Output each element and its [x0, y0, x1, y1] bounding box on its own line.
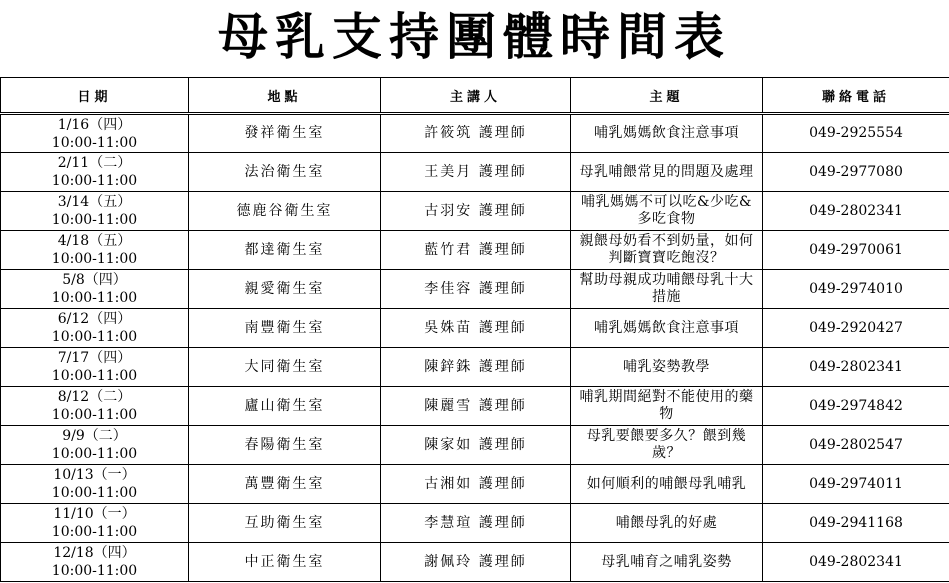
- time-text: 10:00-11:00: [4, 211, 185, 229]
- date-text: 2/11（二）: [4, 154, 185, 172]
- time-text: 10:00-11:00: [4, 367, 185, 385]
- location-cell: 法治衛生室: [189, 153, 381, 192]
- date-text: 8/12（二）: [4, 388, 185, 406]
- time-text: 10:00-11:00: [4, 484, 185, 502]
- table-body: 1/16（四） 10:00-11:00 發祥衛生室 許筱筑 護理師 哺乳媽媽飲食…: [1, 114, 949, 582]
- time-text: 10:00-11:00: [4, 562, 185, 580]
- date-cell: 10/13（一） 10:00-11:00: [1, 465, 189, 504]
- table-row: 9/9（二） 10:00-11:00 春陽衛生室 陳家如 護理師 母乳要餵要多久…: [1, 426, 949, 465]
- time-text: 10:00-11:00: [4, 250, 185, 268]
- topic-cell: 哺乳媽媽飲食注意事項: [571, 309, 763, 348]
- page-title: 母乳支持團體時間表: [0, 0, 949, 77]
- phone-cell: 049-2977080: [763, 153, 949, 192]
- date-cell: 11/10（一） 10:00-11:00: [1, 504, 189, 543]
- table-row: 10/13（一） 10:00-11:00 萬豐衛生室 古湘如 護理師 如何順利的…: [1, 465, 949, 504]
- column-header-speaker: 主講人: [381, 78, 571, 114]
- speaker-cell: 古羽安 護理師: [381, 192, 571, 231]
- date-text: 10/13（一）: [4, 466, 185, 484]
- location-cell: 廬山衛生室: [189, 387, 381, 426]
- topic-cell: 哺乳媽媽飲食注意事項: [571, 114, 763, 153]
- date-text: 5/8（四）: [4, 271, 185, 289]
- location-cell: 中正衛生室: [189, 543, 381, 582]
- table-row: 1/16（四） 10:00-11:00 發祥衛生室 許筱筑 護理師 哺乳媽媽飲食…: [1, 114, 949, 153]
- phone-cell: 049-2974842: [763, 387, 949, 426]
- table-row: 6/12（四） 10:00-11:00 南豐衛生室 吳姝苗 護理師 哺乳媽媽飲食…: [1, 309, 949, 348]
- date-text: 6/12（四）: [4, 310, 185, 328]
- speaker-cell: 陳鋅銖 護理師: [381, 348, 571, 387]
- speaker-cell: 吳姝苗 護理師: [381, 309, 571, 348]
- speaker-cell: 陳麗雪 護理師: [381, 387, 571, 426]
- date-text: 3/14（五）: [4, 193, 185, 211]
- phone-cell: 049-2925554: [763, 114, 949, 153]
- date-text: 12/18（四）: [4, 544, 185, 562]
- topic-cell: 哺餵母乳的好處: [571, 504, 763, 543]
- date-cell: 5/8（四） 10:00-11:00: [1, 270, 189, 309]
- time-text: 10:00-11:00: [4, 328, 185, 346]
- date-cell: 4/18（五） 10:00-11:00: [1, 231, 189, 270]
- column-header-date: 日期: [1, 78, 189, 114]
- table-row: 8/12（二） 10:00-11:00 廬山衛生室 陳麗雪 護理師 哺乳期間絕對…: [1, 387, 949, 426]
- topic-cell: 母乳哺育之哺乳姿勢: [571, 543, 763, 582]
- date-cell: 2/11（二） 10:00-11:00: [1, 153, 189, 192]
- date-cell: 9/9（二） 10:00-11:00: [1, 426, 189, 465]
- speaker-cell: 謝佩玲 護理師: [381, 543, 571, 582]
- date-text: 1/16（四）: [4, 116, 185, 134]
- phone-cell: 049-2974011: [763, 465, 949, 504]
- speaker-cell: 藍竹君 護理師: [381, 231, 571, 270]
- speaker-cell: 許筱筑 護理師: [381, 114, 571, 153]
- table-row: 3/14（五） 10:00-11:00 德鹿谷衛生室 古羽安 護理師 哺乳媽媽不…: [1, 192, 949, 231]
- header-row: 日期 地點 主講人 主題 聯絡電話: [1, 78, 949, 114]
- location-cell: 親愛衛生室: [189, 270, 381, 309]
- location-cell: 德鹿谷衛生室: [189, 192, 381, 231]
- date-text: 7/17（四）: [4, 349, 185, 367]
- topic-cell: 哺乳媽媽不可以吃&少吃&多吃食物: [571, 192, 763, 231]
- topic-cell: 哺乳期間絕對不能使用的藥物: [571, 387, 763, 426]
- column-header-location: 地點: [189, 78, 381, 114]
- location-cell: 互助衛生室: [189, 504, 381, 543]
- table-row: 5/8（四） 10:00-11:00 親愛衛生室 李佳容 護理師 幫助母親成功哺…: [1, 270, 949, 309]
- time-text: 10:00-11:00: [4, 523, 185, 541]
- date-text: 11/10（一）: [4, 505, 185, 523]
- phone-cell: 049-2802547: [763, 426, 949, 465]
- schedule-document: 母乳支持團體時間表 日期 地點 主講人 主題 聯絡電話 1/16（四） 10:0…: [0, 0, 949, 583]
- date-cell: 3/14（五） 10:00-11:00: [1, 192, 189, 231]
- location-cell: 南豐衛生室: [189, 309, 381, 348]
- phone-cell: 049-2802341: [763, 543, 949, 582]
- date-text: 4/18（五）: [4, 232, 185, 250]
- date-cell: 1/16（四） 10:00-11:00: [1, 114, 189, 153]
- speaker-cell: 古湘如 護理師: [381, 465, 571, 504]
- date-cell: 6/12（四） 10:00-11:00: [1, 309, 189, 348]
- phone-cell: 049-2802341: [763, 192, 949, 231]
- table-row: 4/18（五） 10:00-11:00 都達衛生室 藍竹君 護理師 親餵母奶看不…: [1, 231, 949, 270]
- time-text: 10:00-11:00: [4, 172, 185, 190]
- phone-cell: 049-2974010: [763, 270, 949, 309]
- phone-cell: 049-2941168: [763, 504, 949, 543]
- topic-cell: 母乳哺餵常見的問題及處理: [571, 153, 763, 192]
- phone-cell: 049-2970061: [763, 231, 949, 270]
- location-cell: 都達衛生室: [189, 231, 381, 270]
- date-text: 9/9（二）: [4, 427, 185, 445]
- date-cell: 8/12（二） 10:00-11:00: [1, 387, 189, 426]
- column-header-topic: 主題: [571, 78, 763, 114]
- speaker-cell: 王美月 護理師: [381, 153, 571, 192]
- column-header-phone: 聯絡電話: [763, 78, 949, 114]
- topic-cell: 如何順利的哺餵母乳哺乳: [571, 465, 763, 504]
- speaker-cell: 陳家如 護理師: [381, 426, 571, 465]
- location-cell: 春陽衛生室: [189, 426, 381, 465]
- table-row: 12/18（四） 10:00-11:00 中正衛生室 謝佩玲 護理師 母乳哺育之…: [1, 543, 949, 582]
- topic-cell: 哺乳姿勢教學: [571, 348, 763, 387]
- topic-cell: 親餵母奶看不到奶量，如何判斷寶寶吃飽沒？: [571, 231, 763, 270]
- time-text: 10:00-11:00: [4, 406, 185, 424]
- topic-cell: 幫助母親成功哺餵母乳十大措施: [571, 270, 763, 309]
- table-row: 2/11（二） 10:00-11:00 法治衛生室 王美月 護理師 母乳哺餵常見…: [1, 153, 949, 192]
- date-cell: 12/18（四） 10:00-11:00: [1, 543, 189, 582]
- time-text: 10:00-11:00: [4, 289, 185, 307]
- date-cell: 7/17（四） 10:00-11:00: [1, 348, 189, 387]
- location-cell: 發祥衛生室: [189, 114, 381, 153]
- speaker-cell: 李佳容 護理師: [381, 270, 571, 309]
- location-cell: 萬豐衛生室: [189, 465, 381, 504]
- schedule-table: 日期 地點 主講人 主題 聯絡電話 1/16（四） 10:00-11:00 發祥…: [0, 77, 949, 582]
- table-row: 11/10（一） 10:00-11:00 互助衛生室 李慧瑄 護理師 哺餵母乳的…: [1, 504, 949, 543]
- time-text: 10:00-11:00: [4, 445, 185, 463]
- phone-cell: 049-2920427: [763, 309, 949, 348]
- table-row: 7/17（四） 10:00-11:00 大同衛生室 陳鋅銖 護理師 哺乳姿勢教學…: [1, 348, 949, 387]
- phone-cell: 049-2802341: [763, 348, 949, 387]
- location-cell: 大同衛生室: [189, 348, 381, 387]
- time-text: 10:00-11:00: [4, 134, 185, 152]
- speaker-cell: 李慧瑄 護理師: [381, 504, 571, 543]
- topic-cell: 母乳要餵要多久？餵到幾歲？: [571, 426, 763, 465]
